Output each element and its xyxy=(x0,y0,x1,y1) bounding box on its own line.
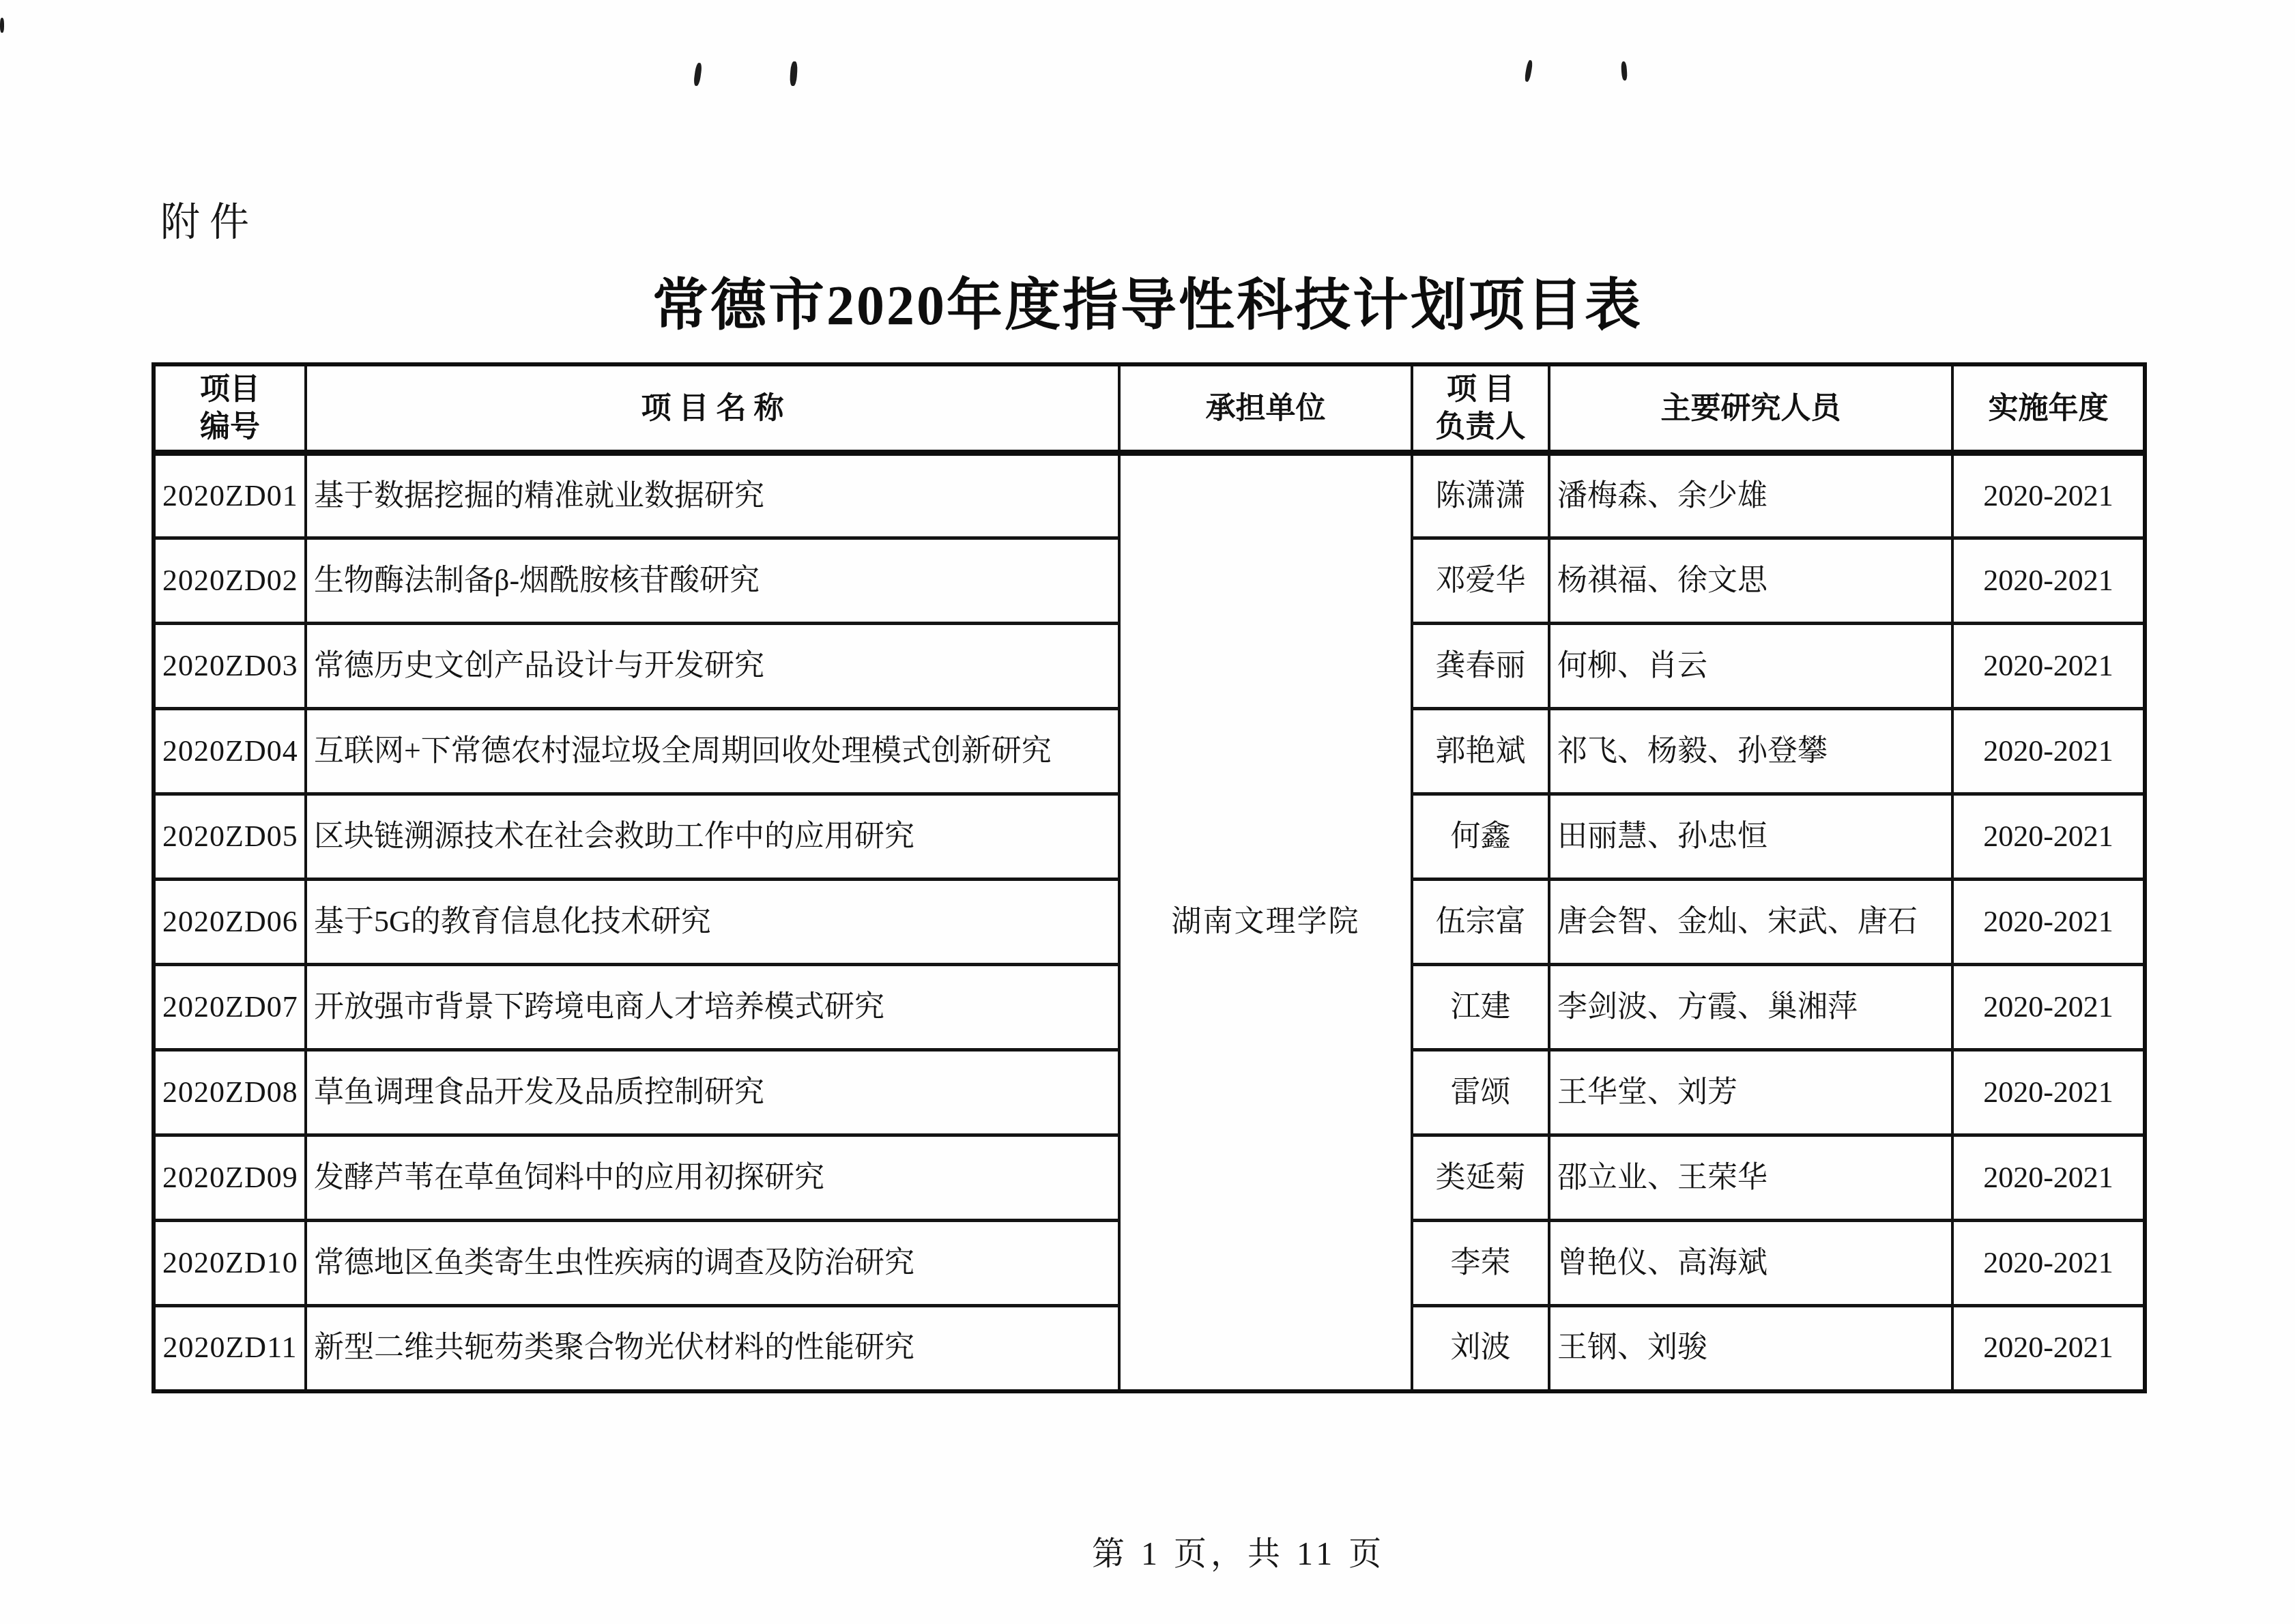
project-name-cell: 区块链溯源技术在社会救助工作中的应用研究 xyxy=(306,794,1119,880)
header-leader: 项 目 负责人 xyxy=(1412,364,1549,453)
project-code-cell: 2020ZD01 xyxy=(154,453,306,538)
scan-artifact xyxy=(1524,60,1533,83)
researchers-cell: 李剑波、方霞、巢湘萍 xyxy=(1549,965,1952,1050)
researchers-cell: 唐会智、金灿、宋武、唐石 xyxy=(1549,880,1952,965)
years-cell: 2020-2021 xyxy=(1952,1221,2145,1306)
years-cell: 2020-2021 xyxy=(1952,1050,2145,1135)
years-cell: 2020-2021 xyxy=(1952,965,2145,1050)
header-project-code: 项目 编号 xyxy=(154,364,306,453)
project-code-cell: 2020ZD02 xyxy=(154,538,306,624)
attachment-label: 附件 xyxy=(160,190,259,247)
project-code-cell: 2020ZD04 xyxy=(154,709,306,794)
leader-cell: 类延菊 xyxy=(1412,1135,1549,1221)
scan-artifact xyxy=(1621,61,1628,81)
project-name-cell: 基于5G的教育信息化技术研究 xyxy=(306,880,1119,965)
leader-cell: 刘波 xyxy=(1412,1306,1549,1391)
leader-cell: 郭艳斌 xyxy=(1412,709,1549,794)
project-name-cell: 新型二维共轭芴类聚合物光伏材料的性能研究 xyxy=(306,1306,1119,1391)
researchers-cell: 曾艳仪、高海斌 xyxy=(1549,1221,1952,1306)
page-number-footer: 第 1 页，共 11 页 xyxy=(1092,1527,1385,1574)
researchers-cell: 田丽慧、孙忠恒 xyxy=(1549,794,1952,880)
leader-cell: 李荣 xyxy=(1412,1221,1549,1306)
years-cell: 2020-2021 xyxy=(1952,538,2145,624)
project-name-cell: 开放强市背景下跨境电商人才培养模式研究 xyxy=(306,965,1119,1050)
leader-cell: 伍宗富 xyxy=(1412,880,1549,965)
researchers-cell: 王华堂、刘芳 xyxy=(1549,1050,1952,1135)
researchers-cell: 潘梅森、余少雄 xyxy=(1549,453,1952,538)
undertaker-merged-cell: 湖南文理学院 xyxy=(1119,453,1412,1391)
researchers-cell: 邵立业、王荣华 xyxy=(1549,1135,1952,1221)
leader-cell: 江建 xyxy=(1412,965,1549,1050)
header-project-name: 项 目 名 称 xyxy=(306,364,1119,453)
years-cell: 2020-2021 xyxy=(1952,794,2145,880)
header-researchers: 主要研究人员 xyxy=(1549,364,1952,453)
years-cell: 2020-2021 xyxy=(1952,1135,2145,1221)
header-undertaker: 承担单位 xyxy=(1119,364,1412,453)
project-name-cell: 发酵芦苇在草鱼饲料中的应用初探研究 xyxy=(306,1135,1119,1221)
project-code-cell: 2020ZD10 xyxy=(154,1221,306,1306)
project-code-cell: 2020ZD03 xyxy=(154,624,306,709)
leader-cell: 雷颂 xyxy=(1412,1050,1549,1135)
leader-cell: 陈潇潇 xyxy=(1412,453,1549,538)
project-table: 项目 编号 项 目 名 称 承担单位 项 目 负责人 主要研究人员 实施年度 2… xyxy=(151,362,2147,1393)
project-code-cell: 2020ZD05 xyxy=(154,794,306,880)
researchers-cell: 王钢、刘骏 xyxy=(1549,1306,1952,1391)
researchers-cell: 何柳、肖云 xyxy=(1549,624,1952,709)
page-title: 常德市2020年度指导性科技计划项目表 xyxy=(0,261,2295,340)
project-name-cell: 互联网+下常德农村湿垃圾全周期回收处理模式创新研究 xyxy=(306,709,1119,794)
table-header-row: 项目 编号 项 目 名 称 承担单位 项 目 负责人 主要研究人员 实施年度 xyxy=(154,364,2145,453)
years-cell: 2020-2021 xyxy=(1952,880,2145,965)
project-code-cell: 2020ZD07 xyxy=(154,965,306,1050)
scanned-document-page: 附件 常德市2020年度指导性科技计划项目表 项目 编号 项 目 名 称 承担单… xyxy=(0,0,2295,1624)
years-cell: 2020-2021 xyxy=(1952,453,2145,538)
researchers-cell: 杨祺福、徐文思 xyxy=(1549,538,1952,624)
project-code-cell: 2020ZD08 xyxy=(154,1050,306,1135)
years-cell: 2020-2021 xyxy=(1952,709,2145,794)
years-cell: 2020-2021 xyxy=(1952,1306,2145,1391)
researchers-cell: 祁飞、杨毅、孙登攀 xyxy=(1549,709,1952,794)
scan-artifact xyxy=(0,18,4,33)
leader-cell: 邓爱华 xyxy=(1412,538,1549,624)
years-cell: 2020-2021 xyxy=(1952,624,2145,709)
scan-artifact xyxy=(693,63,703,87)
leader-cell: 龚春丽 xyxy=(1412,624,1549,709)
project-code-cell: 2020ZD06 xyxy=(154,880,306,965)
project-name-cell: 草鱼调理食品开发及品质控制研究 xyxy=(306,1050,1119,1135)
project-name-cell: 常德历史文创产品设计与开发研究 xyxy=(306,624,1119,709)
leader-cell: 何鑫 xyxy=(1412,794,1549,880)
project-name-cell: 基于数据挖掘的精准就业数据研究 xyxy=(306,453,1119,538)
project-name-cell: 生物酶法制备β-烟酰胺核苷酸研究 xyxy=(306,538,1119,624)
header-years: 实施年度 xyxy=(1952,364,2145,453)
project-code-cell: 2020ZD11 xyxy=(154,1306,306,1391)
scan-artifact xyxy=(790,61,798,87)
table-row: 2020ZD01 基于数据挖掘的精准就业数据研究 湖南文理学院 陈潇潇 潘梅森、… xyxy=(154,453,2145,538)
project-code-cell: 2020ZD09 xyxy=(154,1135,306,1221)
project-name-cell: 常德地区鱼类寄生虫性疾病的调查及防治研究 xyxy=(306,1221,1119,1306)
